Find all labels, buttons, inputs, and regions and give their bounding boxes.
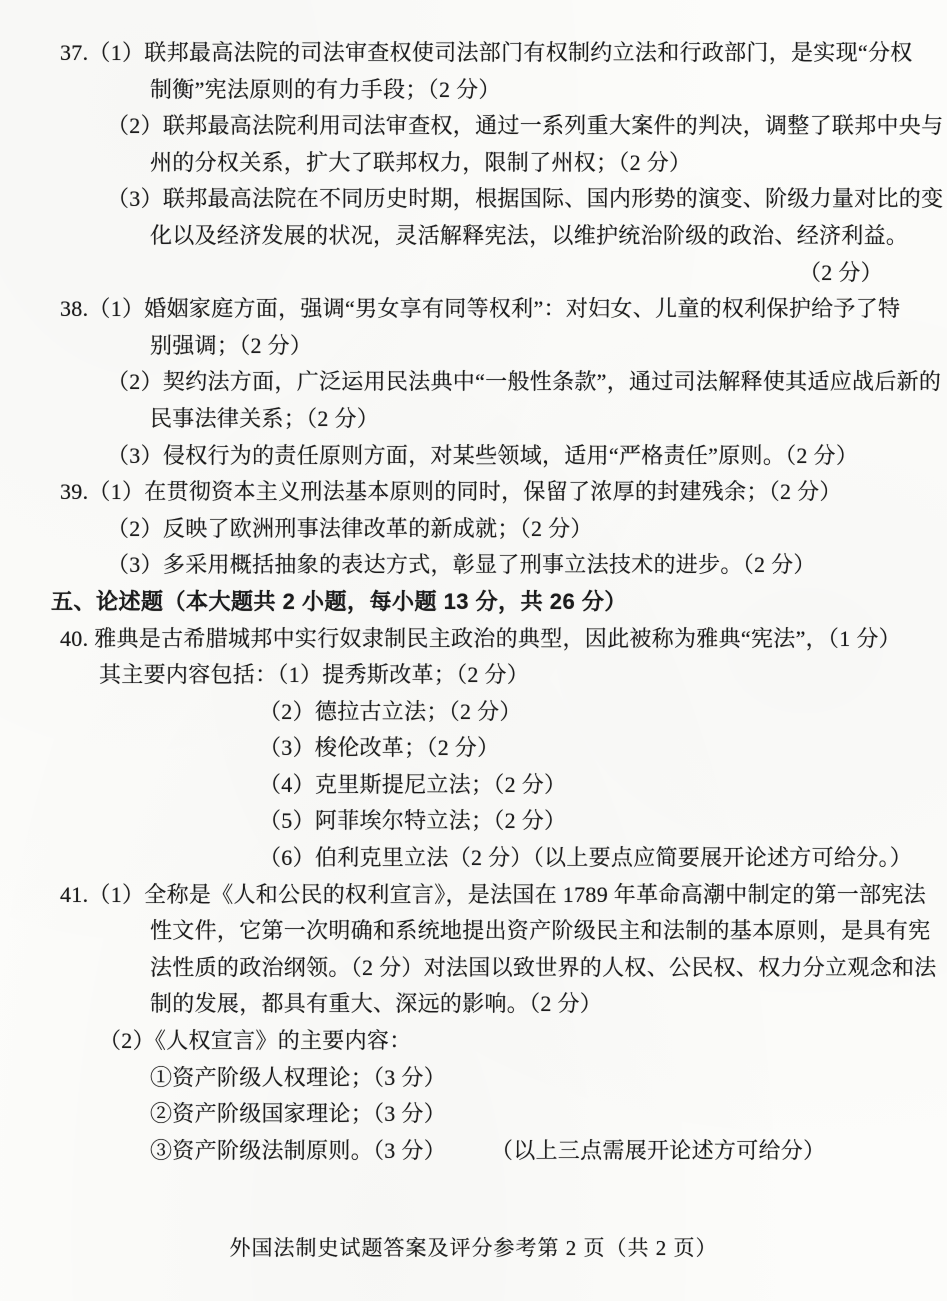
answer-40-item2: （2）德拉古立法；（2 分） [259,694,947,731]
answer-38-3-line1: （3）侵权行为的责任原则方面，对某些领域，适用“严格责任”原则。（2 分） [107,438,947,475]
answer-37-1-line1: 37.（1）联邦最高法院的司法审查权使司法部门有权制约立法和行政部门，是实现“分… [60,35,947,72]
answer-41-2-line1: （2）《人权宣言》的主要内容： [99,1023,947,1060]
section-5-heading: 五、论述题（本大题共 2 小题，每小题 13 分，共 26 分） [51,584,947,621]
answer-41-2-item1: ①资产阶级人权理论；（3 分） [150,1060,947,1097]
answer-41-1-line1: 41.（1）全称是《人和公民的权利宣言》，是法国在 1789 年革命高潮中制定的… [60,877,947,914]
page-footer: 外国法制史试题答案及评分参考第 2 页（共 2 页） [0,1232,947,1262]
answer-40-item3: （3）梭伦改革；（2 分） [259,730,947,767]
answer-41-1-line2: 性文件，它第一次明确和系统地提出资产阶级民主和法制的基本原则，是具有宪 [150,913,947,950]
answer-37-2-line2: 州的分权关系，扩大了联邦权力，限制了州权；（2 分） [150,145,947,182]
answer-40-line2: 其主要内容包括：（1）提秀斯改革；（2 分） [99,657,947,694]
answer-text-block: 37.（1）联邦最高法院的司法审查权使司法部门有权制约立法和行政部门，是实现“分… [0,35,947,1169]
scanned-exam-answer-page: 37.（1）联邦最高法院的司法审查权使司法部门有权制约立法和行政部门，是实现“分… [0,0,947,1301]
answer-38-2-line1: （2）契约法方面，广泛运用民法典中“一般性条款”，通过司法解释使其适应战后新的 [107,364,947,401]
answer-38-1-line1: 38.（1）婚姻家庭方面，强调“男女享有同等权利”：对妇女、儿童的权利保护给予了… [60,291,947,328]
answer-39-2-line1: （2）反映了欧洲刑事法律改革的新成就；（2 分） [107,511,947,548]
answer-39-3-line1: （3）多采用概括抽象的表达方式，彰显了刑事立法技术的进步。（2 分） [107,547,947,584]
answer-37-3-score: （2 分） [0,255,947,292]
answer-39-1-line1: 39.（1）在贯彻资本主义刑法基本原则的同时，保留了浓厚的封建残余；（2 分） [60,474,947,511]
answer-37-3-line2: 化以及经济发展的状况，灵活解释宪法，以维护统治阶级的政治、经济利益。 [150,218,947,255]
answer-40-item4: （4）克里斯提尼立法；（2 分） [259,767,947,804]
answer-38-1-line2: 别强调；（2 分） [150,328,947,365]
answer-41-2-item2: ②资产阶级国家理论；（3 分） [150,1096,947,1133]
answer-37-2-line1: （2）联邦最高法院利用司法审查权，通过一系列重大案件的判决，调整了联邦中央与 [107,108,947,145]
answer-41-2-item3: ③资产阶级法制原则。（3 分） （以上三点需展开论述方可给分） [150,1133,947,1170]
answer-37-1-line2: 制衡”宪法原则的有力手段；（2 分） [150,72,947,109]
answer-40-item6: （6）伯利克里立法（2 分）（以上要点应简要展开论述方可给分。） [259,840,947,877]
answer-37-3-line1: （3）联邦最高法院在不同历史时期，根据国际、国内形势的演变、阶级力量对比的变 [107,181,947,218]
answer-40-line1: 40. 雅典是古希腊城邦中实行奴隶制民主政治的典型，因此被称为雅典“宪法”，（1… [60,621,947,658]
answer-38-2-line2: 民事法律关系；（2 分） [150,401,947,438]
answer-41-1-line4: 制的发展，都具有重大、深远的影响。（2 分） [150,986,947,1023]
answer-40-item5: （5）阿菲埃尔特立法；（2 分） [259,803,947,840]
answer-41-1-line3: 法性质的政治纲领。（2 分）对法国以致世界的人权、公民权、权力分立观念和法 [150,950,947,987]
